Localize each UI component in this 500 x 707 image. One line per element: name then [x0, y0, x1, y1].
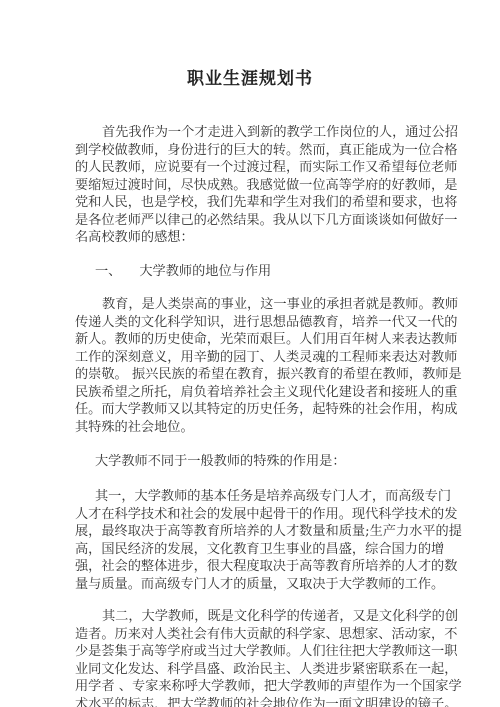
paragraph-2-line-6: 民族希望之所托，肩负着培养社会主义现代化建设者和接班人的重 — [75, 384, 417, 401]
paragraph-5-line-6: 术水平的标志，把大学教师的社会地位作为一面文明建设的镜子。 — [75, 696, 417, 707]
paragraph-1-line-6: 是各位老师严以律己的必然结果。我从以下几方面谈谈如何做好一 — [75, 212, 417, 229]
paragraph-2-line-7: 任。而大学教师又以其特定的历史任务，起特殊的社会作用，构成 — [75, 401, 417, 418]
paragraph-4-line-2: 人才在科学技术和社会的发展中起骨干的作用。现代科学技术的发 — [75, 506, 417, 523]
section-heading-text: 大学教师的地位与作用 — [139, 264, 271, 279]
document-page: 职业生涯规划书 首先我作为一个才走进入到新的教学工作岗位的人，通过公招 到学校做… — [0, 0, 500, 707]
section-heading-number: 一、 — [95, 264, 121, 279]
paragraph-4-line-1: 其一，大学教师的基本任务是培养高级专门人才，而高级专门 — [95, 488, 417, 505]
paragraph-2-line-2: 传递人类的文化科学知识，进行思想品德教育，培养一代又一代的 — [75, 314, 417, 331]
paragraph-4-line-4: 高，国民经济的发展，文化教育卫生事业的昌盛，综合国力的增 — [75, 541, 417, 558]
paragraph-4-line-5: 强，社会的整体进步，很大程度取决于高等教育所培养的人才的数 — [75, 558, 417, 575]
paragraph-1-line-7: 名高校教师的感想： — [75, 229, 417, 246]
paragraph-5-line-5: 用学者 、专家来称呼大学教师，把大学教师的声望作为一个国家学 — [75, 678, 417, 695]
paragraph-2-line-8: 其特殊的社会地位。 — [75, 419, 417, 436]
paragraph-2-line-5: 的崇敬。 振兴民族的希望在教育，振兴教育的希望在教师，教师是 — [75, 366, 417, 383]
document-title: 职业生涯规划书 — [0, 64, 500, 89]
paragraph-2-line-1: 教育，是人类崇高的事业，这一事业的承担者就是教师。教师 — [102, 296, 417, 313]
paragraph-4-line-3: 展，最终取决于高等教育所培养的人才数量和质量;生产力水平的提 — [75, 523, 417, 540]
section-heading: 一、大学教师的地位与作用 — [95, 263, 271, 280]
paragraph-3-line-1: 大学教师不同于一般教师的特殊的作用是： — [95, 453, 417, 470]
paragraph-5-line-4: 业同文化发达、科学昌盛、政治民主、人类进步紧密联系在一起， — [75, 661, 417, 678]
paragraph-5-line-3: 少是荟集于高等学府或当过大学教师。人们往往把大学教师这一职 — [75, 643, 417, 660]
paragraph-1-line-1: 首先我作为一个才走进入到新的教学工作岗位的人，通过公招 — [102, 124, 417, 141]
paragraph-2-line-3: 新人。教师的历史使命，光荣而艰巨。人们用百年树人来表达教师 — [75, 331, 417, 348]
paragraph-1-line-5: 党和人民，也是学校，我们先辈和学生对我们的希望和要求，也将 — [75, 194, 417, 211]
paragraph-4-line-6: 量与质量。而高级专门人才的质量，又取决于大学教师的工作。 — [75, 576, 417, 593]
paragraph-5-line-1: 其二，大学教师，既是文化科学的传递者，又是文化科学的创 — [102, 608, 417, 625]
paragraph-1-line-4: 要缩短过渡时间，尽快成熟。我感觉做一位高等学府的好教师，是 — [75, 177, 417, 194]
paragraph-5-line-2: 造者。历来对人类社会有伟大贡献的科学家、思想家、活动家，不 — [75, 626, 417, 643]
paragraph-1-line-2: 到学校做教师，身份进行的巨大的转。然而，真正能成为一位合格 — [75, 142, 417, 159]
paragraph-2-line-4: 工作的深刻意义，用辛勤的园丁、人类灵魂的工程师来表达对教师 — [75, 349, 417, 366]
paragraph-1-line-3: 的人民教师，应说要有一个过渡过程，而实际工作又希望每位老师 — [75, 159, 417, 176]
